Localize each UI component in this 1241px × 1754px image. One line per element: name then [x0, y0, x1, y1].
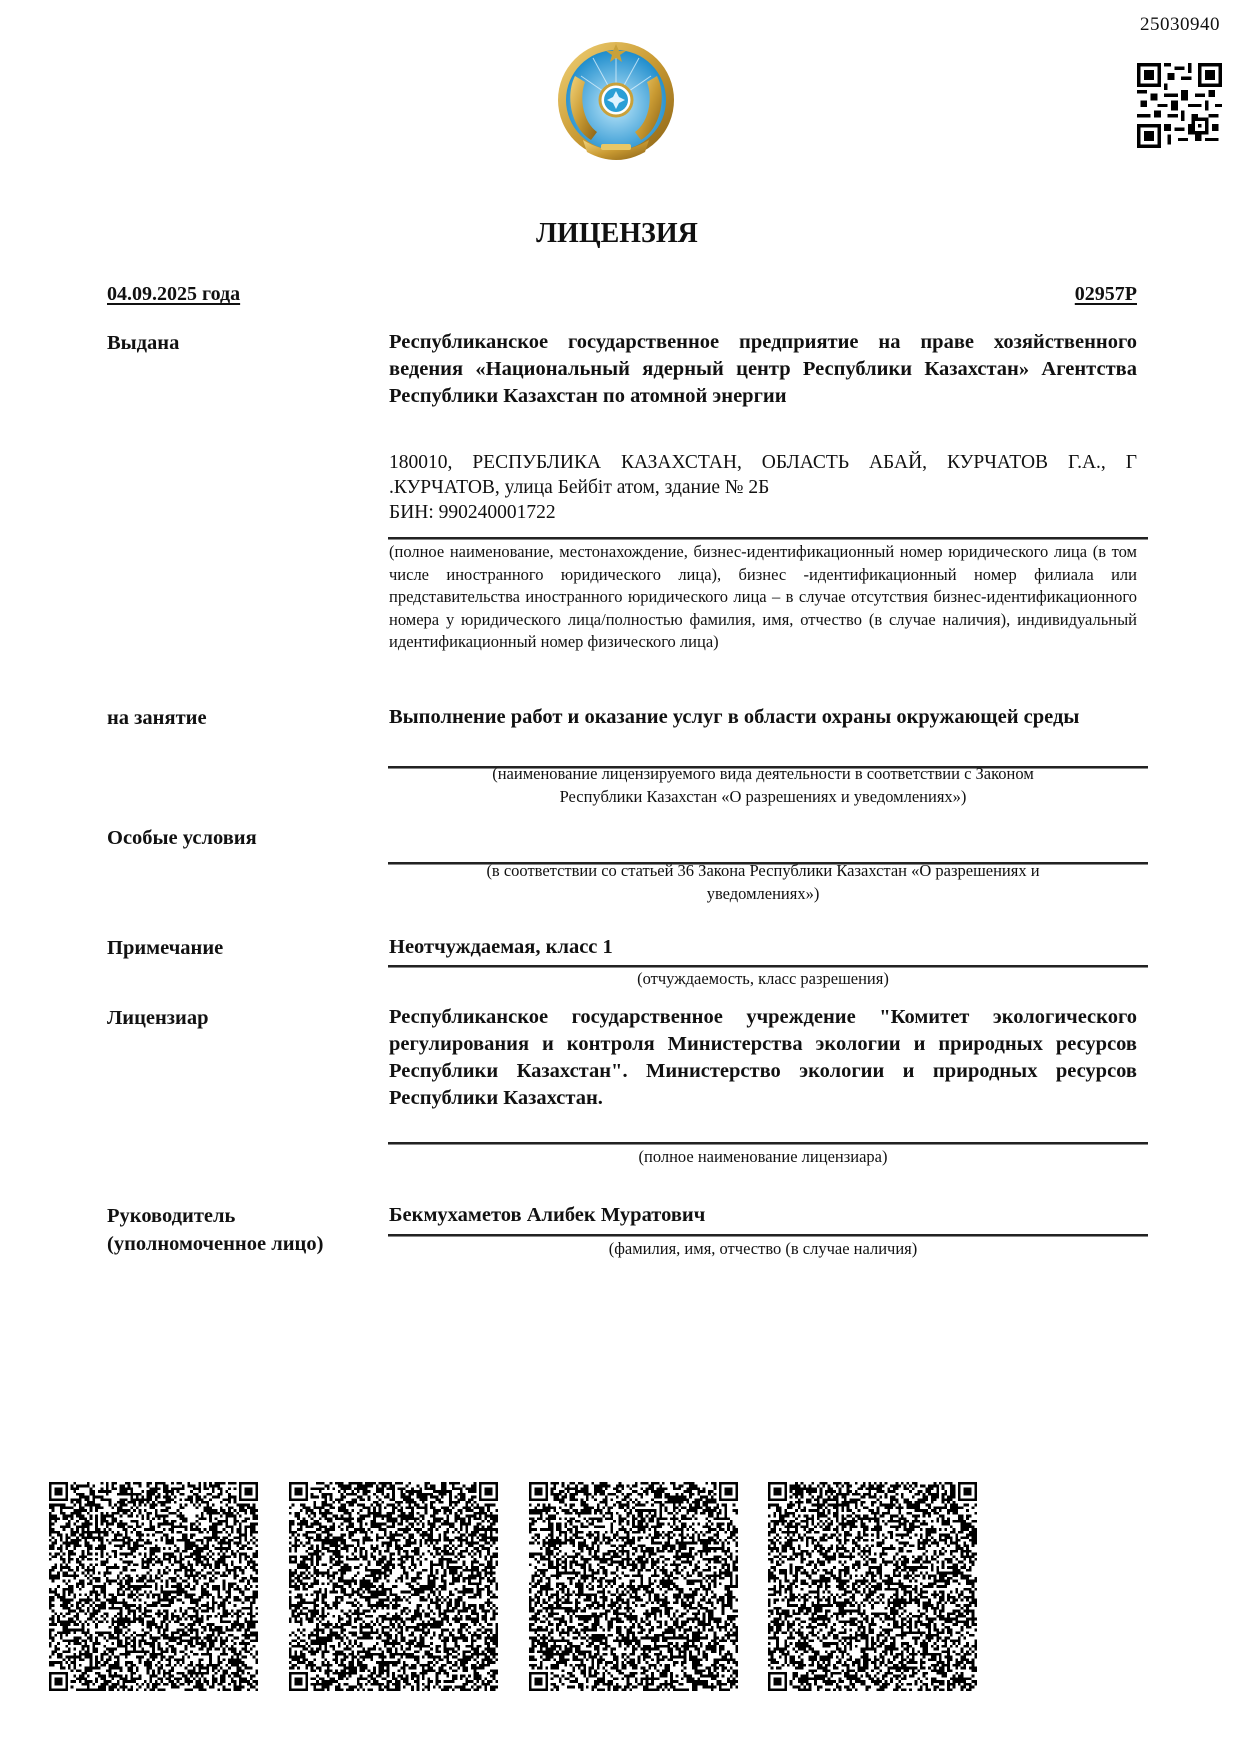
caption-line: (наименование лицензируемого вида деятел…	[389, 763, 1137, 786]
divider	[388, 537, 1148, 540]
note-value: Неотчуждаемая, класс 1	[389, 934, 1137, 961]
issue-date: 04.09.2025 года	[107, 283, 240, 306]
issued-to-address: 180010, РЕСПУБЛИКА КАЗАХСТАН, ОБЛАСТЬ АБ…	[389, 450, 1137, 525]
address-line: 180010, РЕСПУБЛИКА КАЗАХСТАН, ОБЛАСТЬ АБ…	[389, 450, 1137, 500]
state-emblem-icon	[553, 36, 679, 168]
caption-line: Республики Казахстан «О разрешениях и ув…	[389, 786, 1137, 809]
activity-label: на занятие	[107, 704, 207, 732]
divider	[388, 1234, 1148, 1237]
head-caption: (фамилия, имя, отчество (в случае наличи…	[389, 1238, 1137, 1261]
qr-code-4-icon	[768, 1482, 977, 1691]
qr-code-1-icon	[49, 1482, 258, 1691]
special-conditions-label: Особые условия	[107, 824, 257, 852]
licensor-value: Республиканское государственное учрежден…	[389, 1004, 1137, 1112]
license-number: 02957Р	[1075, 283, 1137, 306]
special-conditions-caption: (в соответствии со статьей 36 Закона Рес…	[389, 860, 1137, 905]
document-id: 25030940	[1140, 14, 1220, 36]
issued-to-name: Республиканское государственное предприя…	[389, 329, 1137, 410]
qr-code-icon	[1137, 63, 1222, 148]
licensor-label: Лицензиар	[107, 1004, 209, 1032]
issued-to-caption: (полное наименование, местонахождение, б…	[389, 541, 1137, 654]
note-label: Примечание	[107, 934, 223, 962]
qr-code-2-icon	[289, 1482, 498, 1691]
head-label: Руководитель (уполномоченное лицо)	[107, 1202, 323, 1258]
bin-line: БИН: 990240001722	[389, 500, 1137, 525]
document-title: ЛИЦЕНЗИЯ	[0, 218, 1234, 250]
caption-line: уведомлениях»)	[389, 883, 1137, 906]
head-value: Бекмухаметов Алибек Муратович	[389, 1202, 1137, 1229]
note-caption: (отчуждаемость, класс разрешения)	[389, 968, 1137, 991]
head-label-line: Руководитель	[107, 1202, 323, 1230]
issued-to-label: Выдана	[107, 329, 179, 357]
activity-caption: (наименование лицензируемого вида деятел…	[389, 763, 1137, 808]
activity-value: Выполнение работ и оказание услуг в обла…	[389, 704, 1137, 731]
licensor-caption: (полное наименование лицензиара)	[389, 1146, 1137, 1169]
qr-code-3-icon	[529, 1482, 738, 1691]
divider	[388, 1142, 1148, 1145]
head-label-line: (уполномоченное лицо)	[107, 1230, 323, 1258]
caption-line: (в соответствии со статьей 36 Закона Рес…	[389, 860, 1137, 883]
